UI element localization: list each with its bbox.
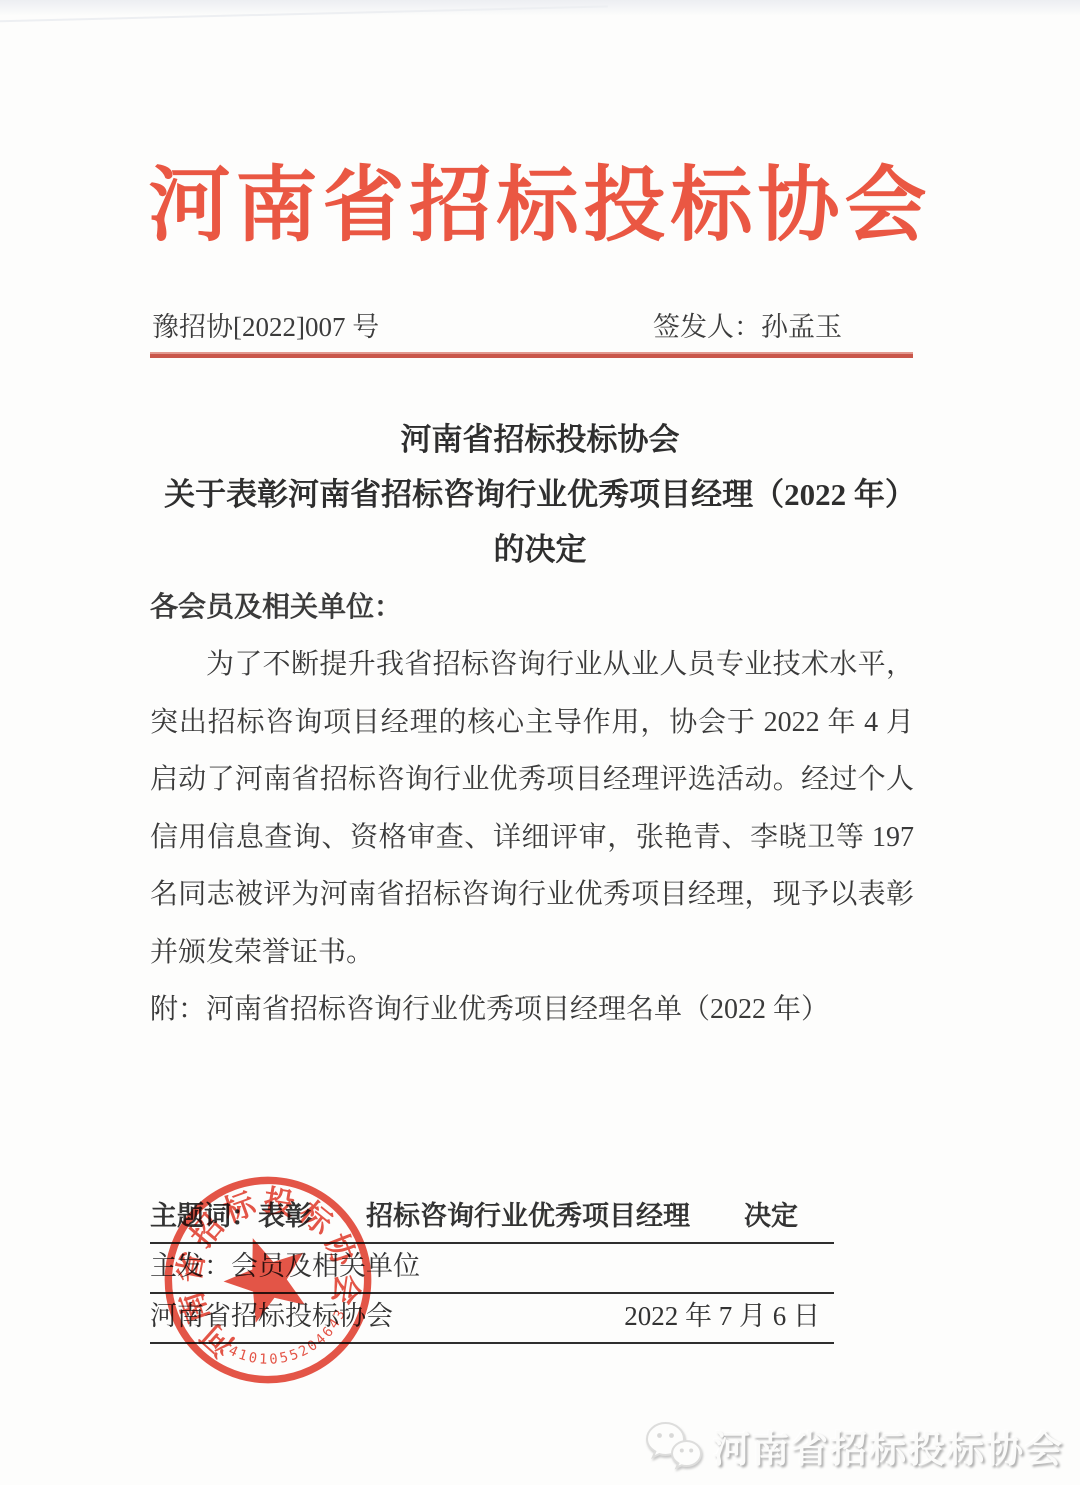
letterhead-org-name: 河南省招标投标协会 [0, 140, 1080, 257]
wechat-watermark: 河南省招标投标协会 [645, 1419, 1064, 1473]
scanned-official-document: 河南省招标投标协会 豫招协[2022]007 号 签发人：孙孟玉 河南省招标投标… [0, 0, 1080, 1485]
body-paragraph: 为了不断提升我省招标咨询行业从业人员专业技术水平，突出招标咨询项目经理的核心主导… [150, 636, 914, 981]
title-line-1: 河南省招标投标协会 [0, 412, 1080, 467]
title-line-3: 的决定 [0, 522, 1080, 577]
distribution-row: 主发：会员及相关单位 [150, 1244, 834, 1294]
document-body: 各会员及相关单位： 为了不断提升我省招标咨询行业从业人员专业技术水平，突出招标咨… [150, 580, 914, 1039]
issuing-org: 河南省招标投标协会 [150, 1294, 393, 1342]
document-number-row: 豫招协[2022]007 号 签发人：孙孟玉 [152, 305, 842, 344]
red-separator-rule [150, 352, 913, 358]
watermark-text: 河南省招标投标协会 [713, 1419, 1064, 1473]
issuing-row: 河南省招标投标协会 2022 年 7 月 6 日 [150, 1294, 834, 1344]
footer-subject-block: 主题词：表彰 招标咨询行业优秀项目经理 决定 主发：会员及相关单位 河南省招标投… [150, 1194, 834, 1344]
document-title: 河南省招标投标协会 关于表彰河南省招标咨询行业优秀项目经理（2022 年） 的决… [0, 412, 1080, 577]
subject-keywords-row: 主题词：表彰 招标咨询行业优秀项目经理 决定 [150, 1194, 834, 1244]
document-number: 豫招协[2022]007 号 [152, 305, 379, 344]
issue-date: 2022 年 7 月 6 日 [624, 1294, 834, 1342]
salutation: 各会员及相关单位： [150, 580, 914, 636]
wechat-icon [645, 1422, 703, 1470]
attachment-note: 附：河南省招标咨询行业优秀项目经理名单（2022 年） [150, 981, 914, 1039]
issuer-name: 签发人：孙孟玉 [653, 305, 842, 344]
title-line-2: 关于表彰河南省招标咨询行业优秀项目经理（2022 年） [0, 467, 1080, 522]
